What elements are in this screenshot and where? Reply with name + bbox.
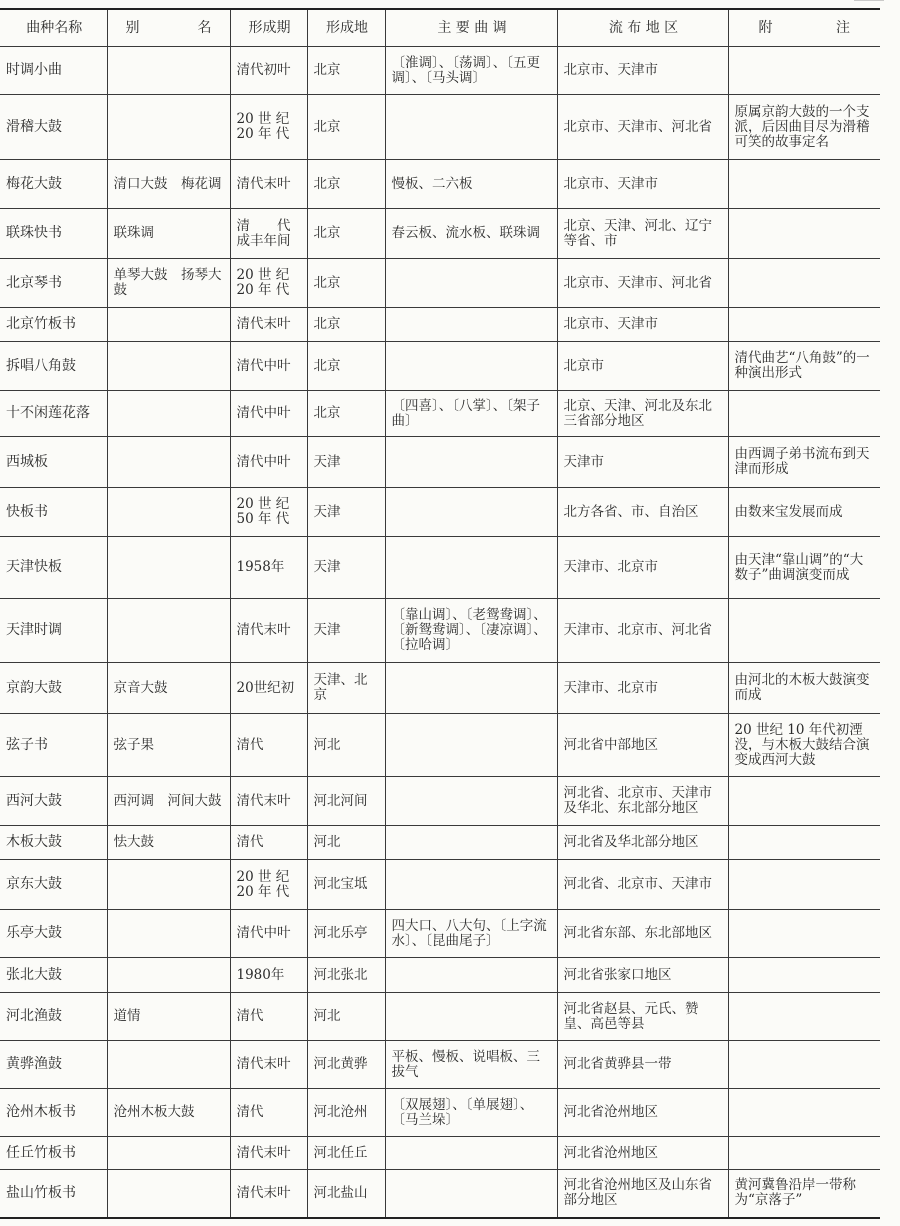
cell-formation-place: 北京	[307, 342, 385, 391]
cell-main-tunes	[385, 1170, 557, 1218]
table-row: 西河大鼓西河调 河间大鼓清代末叶河北河间河北省、北京市、天津市及华北、东北部分地…	[0, 777, 880, 826]
cell-genre-name: 沧州木板书	[0, 1089, 107, 1137]
cell-main-tunes: 四大口、八大句、〔上字流水〕、〔昆曲尾子〕	[385, 910, 557, 958]
table-row: 黄骅渔鼓清代末叶河北黄骅平板、慢板、说唱板、三拔气河北省黄骅县一带	[0, 1041, 880, 1089]
table-row: 西城板清代中叶天津天津市由西调子弟书流布到天津而形成	[0, 437, 880, 488]
cell-genre-name: 北京琴书	[0, 259, 107, 308]
cell-notes	[728, 599, 880, 663]
cell-genre-name: 西河大鼓	[0, 777, 107, 826]
cell-notes	[728, 259, 880, 308]
cell-genre-name: 河北渔鼓	[0, 993, 107, 1041]
cell-main-tunes: 慢板、二六板	[385, 160, 557, 209]
cell-notes	[728, 1041, 880, 1089]
cell-formation-period: 清代中叶	[230, 391, 307, 437]
header-formation-place: 形成地	[307, 9, 385, 47]
header-notes: 附 注	[728, 9, 880, 47]
cell-notes	[728, 860, 880, 910]
cell-main-tunes: 〔靠山调〕、〔老鸳鸯调〕、〔新鸳鸯调〕、〔凄凉调〕、〔拉哈调〕	[385, 599, 557, 663]
cell-genre-name: 京东大鼓	[0, 860, 107, 910]
cell-distribution-region: 北方各省、市、自治区	[557, 488, 728, 537]
cell-formation-place: 河北河间	[307, 777, 385, 826]
cell-genre-name: 滑稽大鼓	[0, 95, 107, 160]
table-row: 梅花大鼓清口大鼓 梅花调清代末叶北京慢板、二六板北京市、天津市	[0, 160, 880, 209]
cell-main-tunes	[385, 663, 557, 714]
cell-distribution-region: 河北省沧州地区及山东省部分地区	[557, 1170, 728, 1218]
cell-main-tunes: 〔双展翅〕、〔单展翅〕、〔马兰垛〕	[385, 1089, 557, 1137]
cell-distribution-region: 天津市、北京市	[557, 663, 728, 714]
cell-genre-name: 乐亭大鼓	[0, 910, 107, 958]
cell-formation-period: 清代末叶	[230, 1041, 307, 1089]
cell-alias: 怯大鼓	[107, 826, 230, 860]
cell-alias	[107, 599, 230, 663]
header-genre-name: 曲种名称	[0, 9, 107, 47]
cell-formation-period: 清代	[230, 714, 307, 777]
cell-main-tunes	[385, 958, 557, 993]
cell-main-tunes: 春云板、流水板、联珠调	[385, 209, 557, 259]
cell-genre-name: 北京竹板书	[0, 308, 107, 342]
cell-genre-name: 梅花大鼓	[0, 160, 107, 209]
cell-genre-name: 黄骅渔鼓	[0, 1041, 107, 1089]
cell-alias: 清口大鼓 梅花调	[107, 160, 230, 209]
cell-formation-period: 清 代 成丰年间	[230, 209, 307, 259]
cell-notes	[728, 47, 880, 95]
cell-formation-place: 河北张北	[307, 958, 385, 993]
cell-notes: 由数来宝发展而成	[728, 488, 880, 537]
page-edge-mark	[854, 0, 884, 5]
cell-alias	[107, 910, 230, 958]
table-row: 北京竹板书清代末叶北京北京市、天津市	[0, 308, 880, 342]
cell-distribution-region: 河北省中部地区	[557, 714, 728, 777]
cell-distribution-region: 河北省及华北部分地区	[557, 826, 728, 860]
cell-distribution-region: 河北省张家口地区	[557, 958, 728, 993]
cell-formation-period: 清代中叶	[230, 342, 307, 391]
cell-notes	[728, 391, 880, 437]
table-row: 滑稽大鼓20 世 纪 20 年 代北京北京市、天津市、河北省原属京韵大鼓的一个支…	[0, 95, 880, 160]
cell-formation-place: 河北沧州	[307, 1089, 385, 1137]
cell-notes: 20 世纪 10 年代初湮没，与木板大鼓结合演变成西河大鼓	[728, 714, 880, 777]
cell-notes	[728, 209, 880, 259]
quyi-genre-table: 曲种名称 别 名 形成期 形成地 主 要 曲 调 流 布 地 区 附 注 时调小…	[0, 8, 880, 1219]
cell-main-tunes: 〔四喜〕、〔八掌〕、〔架子曲〕	[385, 391, 557, 437]
cell-distribution-region: 北京、天津、河北、辽宁等省、市	[557, 209, 728, 259]
cell-distribution-region: 北京市、天津市	[557, 160, 728, 209]
cell-formation-period: 1980年	[230, 958, 307, 993]
cell-notes: 由河北的木板大鼓演变而成	[728, 663, 880, 714]
cell-distribution-region: 河北省黄骅县一带	[557, 1041, 728, 1089]
cell-formation-period: 20 世 纪 50 年 代	[230, 488, 307, 537]
header-formation-period: 形成期	[230, 9, 307, 47]
cell-formation-period: 20 世 纪 20 年 代	[230, 259, 307, 308]
cell-alias: 联珠调	[107, 209, 230, 259]
cell-main-tunes	[385, 342, 557, 391]
cell-main-tunes: 平板、慢板、说唱板、三拔气	[385, 1041, 557, 1089]
cell-notes	[728, 958, 880, 993]
cell-distribution-region: 河北省沧州地区	[557, 1089, 728, 1137]
cell-formation-place: 北京	[307, 47, 385, 95]
table-row: 京韵大鼓京音大鼓20世纪初天津、北京天津市、北京市由河北的木板大鼓演变而成	[0, 663, 880, 714]
cell-notes: 由天津“靠山调”的“大数子”曲调演变而成	[728, 537, 880, 599]
cell-genre-name: 任丘竹板书	[0, 1137, 107, 1170]
cell-main-tunes	[385, 308, 557, 342]
cell-formation-place: 天津	[307, 488, 385, 537]
cell-notes: 清代曲艺“八角鼓”的一种演出形式	[728, 342, 880, 391]
table-row: 北京琴书单琴大鼓 扬琴大鼓20 世 纪 20 年 代北京北京市、天津市、河北省	[0, 259, 880, 308]
cell-formation-period: 20 世 纪 20 年 代	[230, 860, 307, 910]
cell-formation-period: 清代	[230, 826, 307, 860]
table-row: 木板大鼓怯大鼓清代河北河北省及华北部分地区	[0, 826, 880, 860]
cell-main-tunes	[385, 777, 557, 826]
cell-main-tunes	[385, 488, 557, 537]
cell-distribution-region: 河北省、北京市、天津市及华北、东北部分地区	[557, 777, 728, 826]
header-distribution-region: 流 布 地 区	[557, 9, 728, 47]
cell-notes	[728, 993, 880, 1041]
cell-distribution-region: 河北省赵县、元氏、赞皇、高邑等县	[557, 993, 728, 1041]
cell-alias	[107, 95, 230, 160]
cell-notes	[728, 308, 880, 342]
table-row: 时调小曲清代初叶北京〔淮调〕、〔荡调〕、〔五更调〕、〔马头调〕北京市、天津市	[0, 47, 880, 95]
cell-formation-place: 天津	[307, 599, 385, 663]
cell-formation-place: 北京	[307, 209, 385, 259]
cell-distribution-region: 北京市、天津市	[557, 308, 728, 342]
cell-alias: 道情	[107, 993, 230, 1041]
cell-alias	[107, 308, 230, 342]
table-row: 河北渔鼓道情清代河北河北省赵县、元氏、赞皇、高邑等县	[0, 993, 880, 1041]
table-row: 十不闲莲花落清代中叶北京〔四喜〕、〔八掌〕、〔架子曲〕北京、天津、河北及东北三省…	[0, 391, 880, 437]
cell-distribution-region: 河北省、北京市、天津市	[557, 860, 728, 910]
cell-genre-name: 木板大鼓	[0, 826, 107, 860]
header-row: 曲种名称 别 名 形成期 形成地 主 要 曲 调 流 布 地 区 附 注	[0, 9, 880, 47]
cell-alias	[107, 488, 230, 537]
cell-formation-place: 天津、北京	[307, 663, 385, 714]
cell-formation-period: 清代中叶	[230, 910, 307, 958]
table-row: 任丘竹板书清代末叶河北任丘河北省沧州地区	[0, 1137, 880, 1170]
cell-main-tunes: 〔淮调〕、〔荡调〕、〔五更调〕、〔马头调〕	[385, 47, 557, 95]
header-alias: 别 名	[107, 9, 230, 47]
cell-formation-place: 北京	[307, 259, 385, 308]
cell-formation-period: 清代	[230, 1089, 307, 1137]
cell-formation-place: 河北任丘	[307, 1137, 385, 1170]
cell-notes	[728, 1137, 880, 1170]
cell-distribution-region: 天津市、北京市	[557, 537, 728, 599]
cell-notes	[728, 910, 880, 958]
cell-formation-place: 河北乐亭	[307, 910, 385, 958]
cell-formation-period: 1958年	[230, 537, 307, 599]
cell-main-tunes	[385, 714, 557, 777]
cell-formation-period: 20 世 纪 20 年 代	[230, 95, 307, 160]
cell-alias	[107, 437, 230, 488]
cell-formation-period: 20世纪初	[230, 663, 307, 714]
cell-formation-period: 清代末叶	[230, 1137, 307, 1170]
cell-distribution-region: 天津市	[557, 437, 728, 488]
cell-genre-name: 盐山竹板书	[0, 1170, 107, 1218]
table-row: 天津快板1958年天津天津市、北京市由天津“靠山调”的“大数子”曲调演变而成	[0, 537, 880, 599]
cell-formation-place: 河北	[307, 826, 385, 860]
cell-genre-name: 弦子书	[0, 714, 107, 777]
cell-genre-name: 快板书	[0, 488, 107, 537]
cell-genre-name: 拆唱八角鼓	[0, 342, 107, 391]
cell-formation-period: 清代末叶	[230, 599, 307, 663]
header-main-tunes: 主 要 曲 调	[385, 9, 557, 47]
cell-alias: 京音大鼓	[107, 663, 230, 714]
cell-formation-period: 清代末叶	[230, 777, 307, 826]
cell-genre-name: 天津快板	[0, 537, 107, 599]
cell-distribution-region: 北京市、天津市、河北省	[557, 259, 728, 308]
cell-alias: 单琴大鼓 扬琴大鼓	[107, 259, 230, 308]
table-row: 沧州木板书沧州木板大鼓清代河北沧州〔双展翅〕、〔单展翅〕、〔马兰垛〕河北省沧州地…	[0, 1089, 880, 1137]
cell-distribution-region: 北京市、天津市	[557, 47, 728, 95]
cell-formation-place: 天津	[307, 537, 385, 599]
cell-formation-place: 河北宝坻	[307, 860, 385, 910]
table-row: 天津时调清代末叶天津〔靠山调〕、〔老鸳鸯调〕、〔新鸳鸯调〕、〔凄凉调〕、〔拉哈调…	[0, 599, 880, 663]
cell-alias: 西河调 河间大鼓	[107, 777, 230, 826]
cell-genre-name: 联珠快书	[0, 209, 107, 259]
cell-main-tunes	[385, 826, 557, 860]
cell-alias	[107, 537, 230, 599]
cell-formation-period: 清代中叶	[230, 437, 307, 488]
cell-alias	[107, 1041, 230, 1089]
cell-formation-place: 北京	[307, 95, 385, 160]
cell-distribution-region: 北京市、天津市、河北省	[557, 95, 728, 160]
cell-distribution-region: 北京、天津、河北及东北三省部分地区	[557, 391, 728, 437]
table-row: 盐山竹板书清代末叶河北盐山河北省沧州地区及山东省部分地区黄河冀鲁沿岸一带称为“京…	[0, 1170, 880, 1218]
cell-distribution-region: 北京市	[557, 342, 728, 391]
cell-distribution-region: 河北省沧州地区	[557, 1137, 728, 1170]
cell-genre-name: 张北大鼓	[0, 958, 107, 993]
cell-genre-name: 十不闲莲花落	[0, 391, 107, 437]
cell-formation-place: 河北	[307, 714, 385, 777]
cell-formation-period: 清代	[230, 993, 307, 1041]
cell-notes: 由西调子弟书流布到天津而形成	[728, 437, 880, 488]
cell-main-tunes	[385, 1137, 557, 1170]
cell-formation-place: 河北黄骅	[307, 1041, 385, 1089]
cell-distribution-region: 河北省东部、东北部地区	[557, 910, 728, 958]
cell-alias: 沧州木板大鼓	[107, 1089, 230, 1137]
cell-main-tunes	[385, 259, 557, 308]
cell-distribution-region: 天津市、北京市、河北省	[557, 599, 728, 663]
table-row: 快板书20 世 纪 50 年 代天津北方各省、市、自治区由数来宝发展而成	[0, 488, 880, 537]
table-row: 京东大鼓20 世 纪 20 年 代河北宝坻河北省、北京市、天津市	[0, 860, 880, 910]
cell-main-tunes	[385, 437, 557, 488]
cell-genre-name: 京韵大鼓	[0, 663, 107, 714]
cell-formation-place: 河北盐山	[307, 1170, 385, 1218]
cell-notes	[728, 826, 880, 860]
cell-genre-name: 天津时调	[0, 599, 107, 663]
cell-alias	[107, 342, 230, 391]
cell-formation-place: 河北	[307, 993, 385, 1041]
table-header: 曲种名称 别 名 形成期 形成地 主 要 曲 调 流 布 地 区 附 注	[0, 9, 880, 47]
cell-notes	[728, 160, 880, 209]
table-row: 联珠快书联珠调清 代 成丰年间北京春云板、流水板、联珠调北京、天津、河北、辽宁等…	[0, 209, 880, 259]
cell-main-tunes	[385, 993, 557, 1041]
table-row: 张北大鼓1980年河北张北河北省张家口地区	[0, 958, 880, 993]
cell-formation-period: 清代初叶	[230, 47, 307, 95]
table-row: 弦子书弦子果清代河北河北省中部地区20 世纪 10 年代初湮没，与木板大鼓结合演…	[0, 714, 880, 777]
cell-main-tunes	[385, 537, 557, 599]
cell-formation-place: 天津	[307, 437, 385, 488]
cell-formation-place: 北京	[307, 391, 385, 437]
cell-main-tunes	[385, 95, 557, 160]
cell-alias: 弦子果	[107, 714, 230, 777]
cell-alias	[107, 1170, 230, 1218]
cell-alias	[107, 391, 230, 437]
cell-alias	[107, 958, 230, 993]
cell-alias	[107, 860, 230, 910]
cell-genre-name: 时调小曲	[0, 47, 107, 95]
cell-formation-period: 清代末叶	[230, 160, 307, 209]
table-row: 拆唱八角鼓清代中叶北京北京市清代曲艺“八角鼓”的一种演出形式	[0, 342, 880, 391]
cell-notes: 原属京韵大鼓的一个支派，后因曲目尽为滑稽可笑的故事定名	[728, 95, 880, 160]
table-body: 时调小曲清代初叶北京〔淮调〕、〔荡调〕、〔五更调〕、〔马头调〕北京市、天津市滑稽…	[0, 47, 880, 1218]
cell-alias	[107, 1137, 230, 1170]
cell-notes	[728, 777, 880, 826]
cell-formation-place: 北京	[307, 160, 385, 209]
cell-notes	[728, 1089, 880, 1137]
cell-genre-name: 西城板	[0, 437, 107, 488]
cell-formation-period: 清代末叶	[230, 1170, 307, 1218]
cell-main-tunes	[385, 860, 557, 910]
cell-notes: 黄河冀鲁沿岸一带称为“京落子”	[728, 1170, 880, 1218]
cell-alias	[107, 47, 230, 95]
cell-formation-place: 北京	[307, 308, 385, 342]
cell-formation-period: 清代末叶	[230, 308, 307, 342]
table-row: 乐亭大鼓清代中叶河北乐亭四大口、八大句、〔上字流水〕、〔昆曲尾子〕河北省东部、东…	[0, 910, 880, 958]
